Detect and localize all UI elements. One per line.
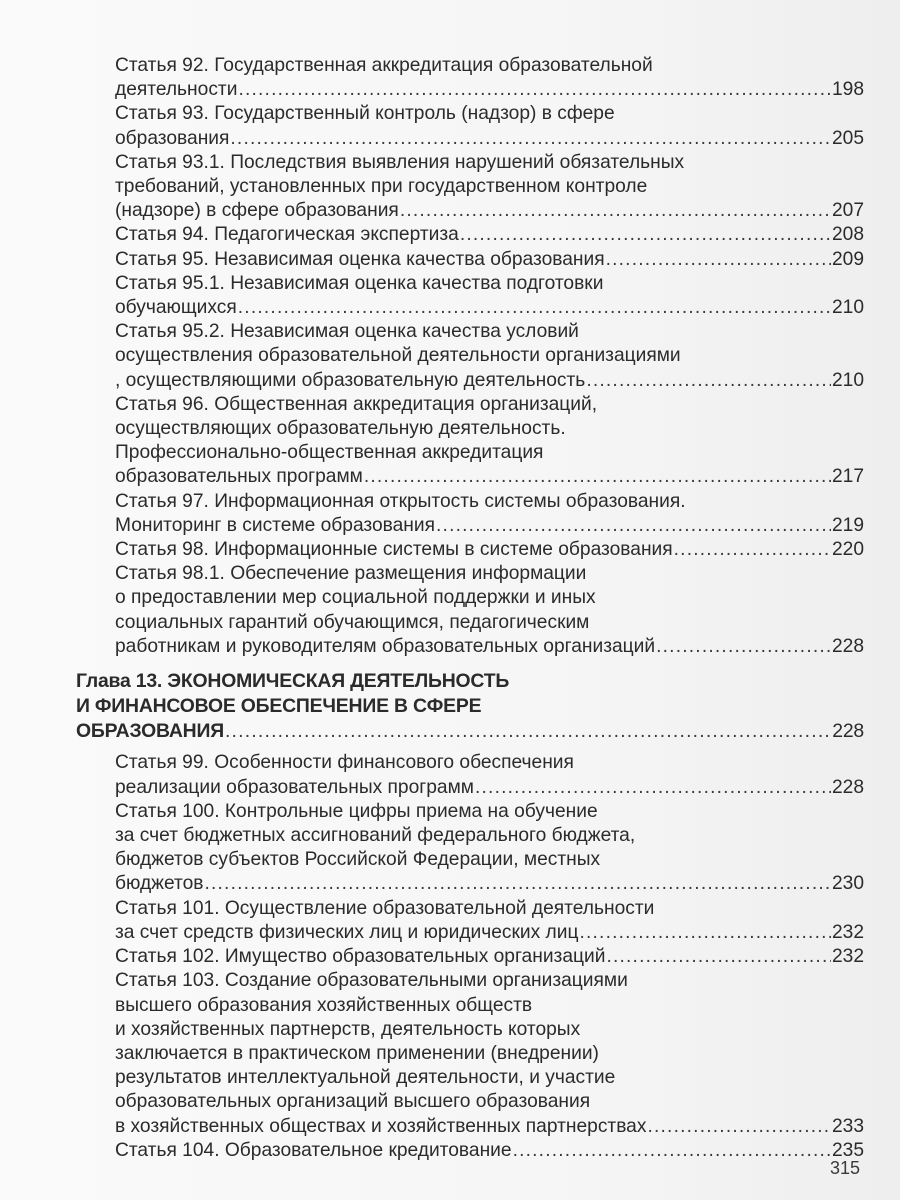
toc-page-ref: 207	[832, 199, 864, 223]
toc-entry-leader-row: образовательных программ 217	[76, 465, 864, 489]
toc-entry-leader-row: ОБРАЗОВАНИЯ228	[76, 719, 864, 744]
toc-entry-title-line: бюджетов	[115, 872, 203, 896]
toc-article-entry[interactable]: Статья 94. Педагогическая экспертиза 208	[76, 223, 864, 247]
toc-page-ref: 220	[832, 538, 864, 562]
toc-article-entry[interactable]: Статья 100. Контрольные цифры приема на …	[76, 800, 864, 897]
toc-entry-title-line: социальных гарантий обучающимся, педагог…	[76, 611, 864, 635]
toc-page-ref: 210	[832, 369, 864, 393]
toc-entry-title-line: Статья 95. Независимая оценка качества о…	[115, 248, 605, 272]
dot-leader	[225, 719, 831, 744]
toc-entry-title-line: ОБРАЗОВАНИЯ	[76, 719, 224, 744]
toc-page-ref: 217	[832, 465, 864, 489]
toc-article-entry[interactable]: Статья 95.2. Независимая оценка качества…	[76, 320, 864, 393]
toc-page-ref: 198	[832, 78, 864, 102]
toc-entry-title-line: Статья 100. Контрольные цифры приема на …	[76, 800, 864, 824]
toc-entry-title-line: Глава 13. ЭКОНОМИЧЕСКАЯ ДЕЯТЕЛЬНОСТЬ	[76, 669, 864, 694]
toc-entry-title-line: Статья 95.1. Независимая оценка качества…	[76, 272, 864, 296]
toc-entry-leader-row: , осуществляющими образовательную деятел…	[76, 369, 864, 393]
toc-entry-leader-row: Статья 104. Образовательное кредитование…	[76, 1139, 864, 1163]
toc-entry-title-line: осуществляющих образовательную деятельно…	[76, 417, 864, 441]
toc-page-ref: 219	[832, 514, 864, 538]
toc-article-entry[interactable]: Статья 96. Общественная аккредитация орг…	[76, 393, 864, 490]
dot-leader	[579, 921, 831, 945]
dot-leader	[436, 514, 831, 538]
dot-leader	[400, 199, 831, 223]
toc-entry-title-line: Статья 98. Информационные системы в сист…	[115, 538, 673, 562]
toc-entry-title-line: Статья 94. Педагогическая экспертиза	[115, 223, 459, 247]
toc-entry-title-line: Мониторинг в системе образования	[115, 514, 435, 538]
toc-entry-title-line: И ФИНАНСОВОЕ ОБЕСПЕЧЕНИЕ В СФЕРЕ	[76, 694, 864, 719]
toc-page-ref: 228	[832, 719, 864, 744]
dot-leader	[475, 776, 831, 800]
toc-page-ref: 233	[832, 1115, 864, 1139]
toc-page-ref: 208	[832, 223, 864, 247]
toc-article-entry[interactable]: Статья 93. Государственный контроль (над…	[76, 102, 864, 150]
dot-leader	[606, 945, 831, 969]
toc-entry-title-line: Статья 96. Общественная аккредитация орг…	[76, 393, 864, 417]
toc-article-entry[interactable]: Статья 98. Информационные системы в сист…	[76, 538, 864, 562]
toc-entry-leader-row: реализации образовательных программ228	[76, 776, 864, 800]
dot-leader	[606, 248, 831, 272]
table-of-contents: Статья 92. Государственная аккредитация …	[76, 54, 864, 1163]
toc-entry-leader-row: Мониторинг в системе образования219	[76, 514, 864, 538]
toc-entry-leader-row: бюджетов 230	[76, 872, 864, 896]
toc-article-entry[interactable]: Статья 99. Особенности финансового обесп…	[76, 751, 864, 799]
toc-entry-leader-row: обучающихся210	[76, 296, 864, 320]
toc-article-entry[interactable]: Статья 104. Образовательное кредитование…	[76, 1139, 864, 1163]
toc-article-entry[interactable]: Статья 92. Государственная аккредитация …	[76, 54, 864, 102]
toc-entry-title-line: Статья 104. Образовательное кредитование	[115, 1139, 512, 1163]
dot-leader	[586, 369, 831, 393]
toc-page-ref: 230	[832, 872, 864, 896]
toc-entry-title-line: образовательных организаций высшего обра…	[76, 1090, 864, 1114]
dot-leader	[656, 635, 831, 659]
toc-entry-title-line: за счет средств физических лиц и юридиче…	[115, 921, 578, 945]
dot-leader	[230, 127, 831, 151]
dot-leader	[238, 78, 831, 102]
toc-page-ref: 228	[832, 776, 864, 800]
toc-entry-title-line: Профессионально-общественная аккредитаци…	[76, 441, 864, 465]
toc-article-entry[interactable]: Статья 95.1. Независимая оценка качества…	[76, 272, 864, 320]
toc-entry-title-line: реализации образовательных программ	[115, 776, 474, 800]
toc-page-ref: 205	[832, 127, 864, 151]
toc-entry-title-line: Статья 93. Государственный контроль (над…	[76, 102, 864, 126]
toc-article-entry[interactable]: Статья 102. Имущество образовательных ор…	[76, 945, 864, 969]
toc-entry-title-line: образовательных программ	[115, 465, 363, 489]
toc-entry-title-line: в хозяйственных обществах и хозяйственны…	[115, 1115, 646, 1139]
toc-entry-title-line: Статья 97. Информационная открытость сис…	[76, 490, 864, 514]
toc-entry-title-line: заключается в практическом применении (в…	[76, 1042, 864, 1066]
toc-entry-title-line: Статья 98.1. Обеспечение размещения инфо…	[76, 562, 864, 586]
toc-page-ref: 228	[832, 635, 864, 659]
toc-entry-leader-row: Статья 102. Имущество образовательных ор…	[76, 945, 864, 969]
toc-entry-title-line: (надзоре) в сфере образования	[115, 199, 399, 223]
toc-entry-title-line: и хозяйственных партнерств, деятельность…	[76, 1018, 864, 1042]
toc-entry-title-line: Статья 95.2. Независимая оценка качества…	[76, 320, 864, 344]
toc-article-entry[interactable]: Статья 101. Осуществление образовательно…	[76, 897, 864, 945]
toc-entry-title-line: работникам и руководителям образовательн…	[115, 635, 655, 659]
dot-leader	[204, 872, 831, 896]
dot-leader	[647, 1115, 831, 1139]
toc-article-entry[interactable]: Статья 98.1. Обеспечение размещения инфо…	[76, 562, 864, 659]
toc-entry-title-line: за счет бюджетных ассигнований федеральн…	[76, 824, 864, 848]
toc-entry-leader-row: Статья 95. Независимая оценка качества о…	[76, 248, 864, 272]
toc-entry-title-line: Статья 93.1. Последствия выявления наруш…	[76, 151, 864, 175]
toc-page-ref: 210	[832, 296, 864, 320]
toc-entry-title-line: , осуществляющими образовательную деятел…	[115, 369, 585, 393]
toc-entry-title-line: бюджетов субъектов Российской Федерации,…	[76, 848, 864, 872]
toc-entry-leader-row: Статья 94. Педагогическая экспертиза 208	[76, 223, 864, 247]
dot-leader	[460, 223, 831, 247]
page-number: 315	[830, 1158, 860, 1179]
toc-entry-leader-row: за счет средств физических лиц и юридиче…	[76, 921, 864, 945]
toc-entry-title-line: Статья 102. Имущество образовательных ор…	[115, 945, 605, 969]
toc-page-ref: 232	[832, 921, 864, 945]
toc-entry-title-line: Статья 99. Особенности финансового обесп…	[76, 751, 864, 775]
toc-entry-title-line: осуществления образовательной деятельнос…	[76, 344, 864, 368]
toc-entry-leader-row: в хозяйственных обществах и хозяйственны…	[76, 1115, 864, 1139]
toc-entry-title-line: о предоставлении мер социальной поддержк…	[76, 586, 864, 610]
toc-article-entry[interactable]: Статья 97. Информационная открытость сис…	[76, 490, 864, 538]
toc-article-entry[interactable]: Статья 93.1. Последствия выявления наруш…	[76, 151, 864, 224]
toc-article-entry[interactable]: Статья 95. Независимая оценка качества о…	[76, 248, 864, 272]
toc-entry-title-line: Статья 101. Осуществление образовательно…	[76, 897, 864, 921]
toc-entry-title-line: результатов интеллектуальной деятельност…	[76, 1066, 864, 1090]
toc-entry-title-line: обучающихся	[115, 296, 237, 320]
dot-leader	[674, 538, 831, 562]
toc-entry-title-line: высшего образования хозяйственных общест…	[76, 994, 864, 1018]
toc-chapter-entry[interactable]: Глава 13. ЭКОНОМИЧЕСКАЯ ДЕЯТЕЛЬНОСТЬИ ФИ…	[76, 669, 864, 743]
dot-leader	[513, 1139, 831, 1163]
book-page: Статья 92. Государственная аккредитация …	[0, 0, 900, 1200]
toc-entry-leader-row: работникам и руководителям образовательн…	[76, 635, 864, 659]
dot-leader	[238, 296, 831, 320]
toc-entry-title-line: деятельности	[115, 78, 237, 102]
dot-leader	[364, 465, 831, 489]
toc-entry-leader-row: образования 205	[76, 127, 864, 151]
toc-entry-leader-row: Статья 98. Информационные системы в сист…	[76, 538, 864, 562]
toc-entry-leader-row: деятельности198	[76, 78, 864, 102]
toc-article-entry[interactable]: Статья 103. Создание образовательными ор…	[76, 969, 864, 1138]
toc-entry-title-line: образования	[115, 127, 229, 151]
toc-entry-title-line: требований, установленных при государств…	[76, 175, 864, 199]
toc-entry-title-line: Статья 103. Создание образовательными ор…	[76, 969, 864, 993]
toc-page-ref: 209	[832, 248, 864, 272]
toc-entry-leader-row: (надзоре) в сфере образования207	[76, 199, 864, 223]
toc-page-ref: 232	[832, 945, 864, 969]
toc-entry-title-line: Статья 92. Государственная аккредитация …	[76, 54, 864, 78]
